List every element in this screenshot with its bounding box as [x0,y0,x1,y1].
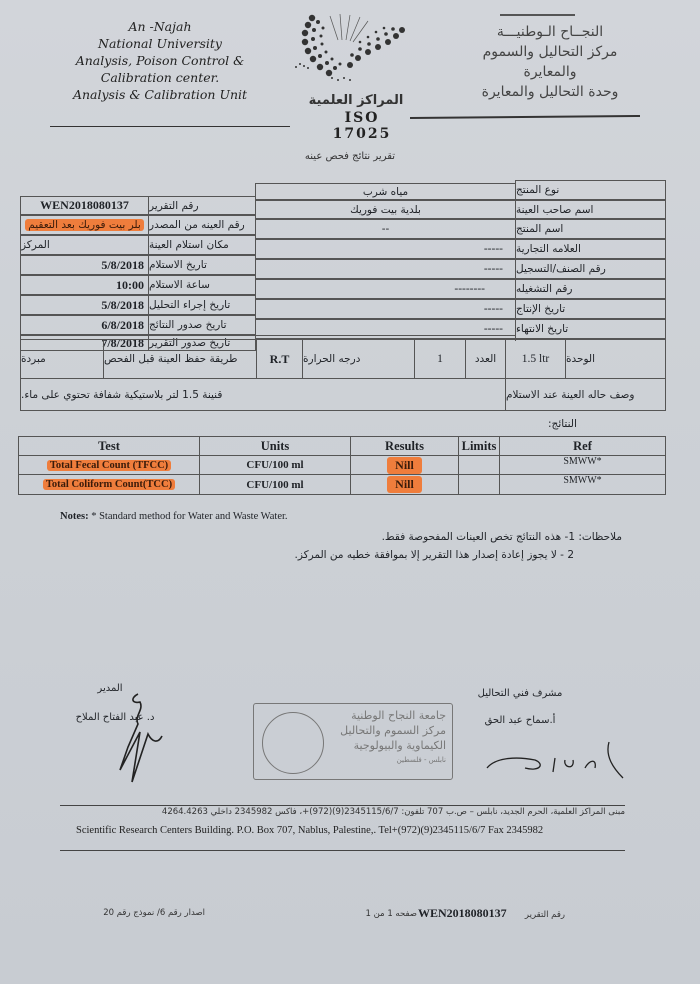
table-row-ref: SMWW* [499,455,666,475]
note-2: 2 - لا يجوز إعادة إصدار هذا التقرير إلا … [250,546,622,564]
header-rule-top [500,14,575,16]
label-source-sample-no: رقم العينه من المصدر [148,215,256,235]
label-results-date: تاريخ صدور النتائج [148,315,256,335]
stamp-line: جامعة النجاح الوطنية [326,708,446,723]
supervisor-name: أ.سماح عبد الحق [470,715,570,726]
label-receipt-date: تاريخ الاستلام [148,255,256,275]
header-ar-line: وحدة التحاليل والمعايرة [455,82,645,102]
header-en-line: Analysis & Calibration Unit [55,86,265,103]
bottom-form-number: اصدار رقم 6/ نموذج رقم 20 [90,908,205,918]
label-storage-method: طريقة حفظ العينة قبل الفحص [103,339,257,379]
col-header-results: Results [350,436,459,456]
note-line-1: ملاحظات: 1- هذه النتائج تخص العينات المف… [250,528,622,546]
table-row-result: Nill [350,474,459,495]
value-product-name: -- [255,219,516,239]
footer-rule-top [60,805,625,806]
report-title: تقرير نتائج فحص عينه [250,151,450,162]
notes-english: Notes: * Standard method for Water and W… [60,511,288,522]
label-product-type: نوع المنتج [515,180,666,200]
stamp-line: نابلس - فلسطين [326,753,446,768]
notes-ar-label: ملاحظات: [578,531,622,543]
label-sample-condition: وصف حاله العينة عند الاستلام [505,378,666,411]
header-en-line: An -Najah [55,18,265,35]
value-report-no: WEN2018080137 [20,196,149,215]
value-receipt-time: 10:00 [20,275,149,295]
header-english: An -Najah National University Analysis, … [55,18,265,103]
table-row-result: Nill [350,455,459,475]
value-analysis-date: 5/8/2018 [20,295,149,315]
result-value: Nill [387,476,422,493]
bottom-report-label: رقم التقرير [515,910,565,920]
footer-arabic-address: مبنى المراكز العلمية، الحرم الجديد، نابل… [105,807,625,817]
col-header-ref: Ref [499,436,666,456]
label-registration-no: رقم الصنف/التسجيل [515,259,666,279]
value-production-date: ----- [255,299,516,319]
stamp-text: جامعة النجاح الوطنية مركز السموم والتحال… [326,708,446,768]
supervisor-signature-icon [485,738,625,783]
table-row-limits [458,455,500,475]
header-en-line: Analysis, Poison Control & [55,52,265,69]
value-receipt-date: 5/8/2018 [20,255,149,275]
notes-text: * Standard method for Water and Waste Wa… [91,511,287,522]
value-trademark: ----- [255,239,516,259]
official-stamp: جامعة النجاح الوطنية مركز السموم والتحال… [253,703,453,780]
header-ar-line: مركز التحاليل والسموم [455,42,645,62]
label-count: العدد [465,339,506,379]
label-analysis-date: تاريخ إجراء التحليل [148,295,256,315]
test-name: Total Coliform Count(TCC) [43,479,175,490]
footer-english-address: Scientific Research Centers Building. P.… [76,825,636,836]
note-1: 1- هذه النتائج تخص العينات المفحوصة فقط. [382,531,575,543]
footer-rule-bottom [60,850,625,851]
bottom-page-number: صفحه 1 من 1 [355,909,417,919]
stamp-emblem-icon [262,712,324,774]
stamp-line: مركز السموم والتحاليل [326,723,446,738]
value-batch-no: -------- [255,279,516,299]
value-sample-condition: قنينة 1.5 لتر بلاستيكية شفافة تحتوي على … [20,378,506,411]
supervisor-title: مشرف فني التحاليل [470,688,570,699]
label-product-name: اسم المنتج [515,219,666,239]
table-row-units: CFU/100 ml [199,455,351,475]
table-row-limits [458,474,500,495]
table-row-ref: SMWW* [499,474,666,495]
director-signature-icon [100,692,175,784]
value-source-sample-no: بلر بيت فوريك بعد التعقيم [20,215,149,235]
col-header-test: Test [18,436,200,456]
label-report-no: رقم التقرير [148,196,256,215]
iso-certification: ISO 17025 [312,110,412,142]
value-unit: 1.5 ltr [505,339,566,379]
header-ar-line: النجــاح الـوطنيـــة [455,22,645,42]
table-row-units: CFU/100 ml [199,474,351,495]
stamp-line: الكيماوية والبيولوجية [326,738,446,753]
label-batch-no: رقم التشغيله [515,279,666,299]
header-rule-left [50,126,290,127]
label-trademark: العلامه التجارية [515,239,666,259]
value-count: 1 [414,339,466,379]
label-temperature: درجه الحرارة [302,339,415,379]
value-temperature: R.T [256,339,303,379]
header-en-line: Calibration center. [55,69,265,86]
col-header-units: Units [199,436,351,456]
label-receipt-place: مكان استلام العينة [148,235,256,255]
notes-arabic: ملاحظات: 1- هذه النتائج تخص العينات المف… [250,528,622,564]
label-receipt-time: ساعة الاستلام [148,275,256,295]
header-ar-line: والمعايرة [455,62,645,82]
test-name: Total Fecal Count (TFCC) [47,460,171,471]
highlighted-value: بلر بيت فوريك بعد التعقيم [25,219,144,231]
report-page: An -Najah National University Analysis, … [0,0,700,984]
notes-label: Notes: [60,511,89,522]
table-row-test: Total Fecal Count (TFCC) [18,455,200,475]
value-owner: بلدية بيت فوريك [255,200,516,219]
result-value: Nill [387,457,422,474]
value-results-date: 6/8/2018 [20,315,149,335]
label-expiry-date: تاريخ الانتهاء [515,319,666,339]
col-header-limits: Limits [458,436,500,456]
label-owner: اسم صاحب العينة [515,200,666,219]
label-unit: الوحدة [565,339,666,379]
logo-arabic-text: المراكز العلمية [296,93,416,108]
header-rule-right [410,115,640,119]
value-storage-method: مبردة [20,339,104,379]
value-receipt-place: المركز [20,235,149,255]
table-row-test: Total Coliform Count(TCC) [18,474,200,495]
header-arabic: النجــاح الـوطنيـــة مركز التحاليل والسم… [455,22,645,102]
value-registration-no: ----- [255,259,516,279]
bottom-report-no: WEN2018080137 [418,906,507,921]
label-production-date: تاريخ الإنتاج [515,299,666,319]
value-product-type: مياه شرب [255,183,516,200]
header-en-line: National University [55,35,265,52]
results-title: النتائج: [548,418,577,430]
